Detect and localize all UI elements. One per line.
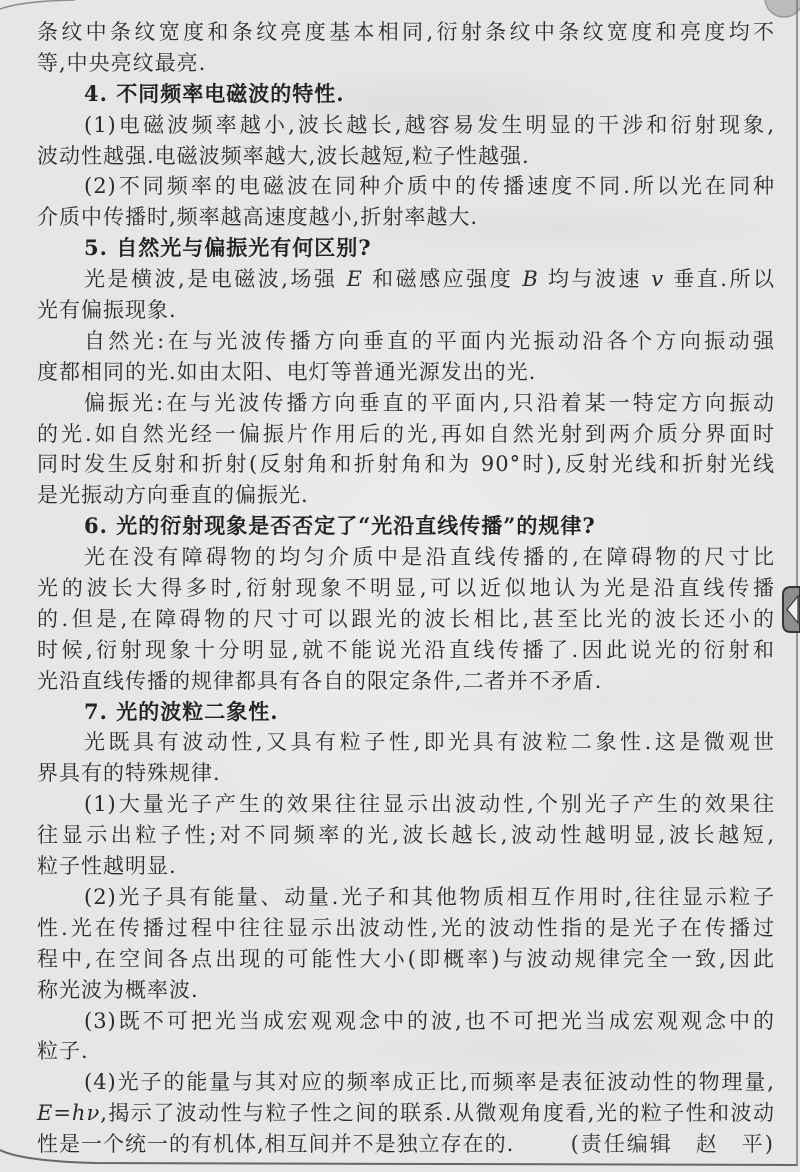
side-tab — [783, 587, 800, 632]
symbol-electric-field: E — [347, 267, 363, 291]
section-7: 7. 光的波粒二象性. 光既具有波动性,又具有粒子性,即光具有波粒二象性.这是微… — [37, 697, 775, 1160]
paragraph-line: 等,中央亮纹最亮. — [37, 48, 775, 79]
section-heading: 5. 自然光与偏振光有何区别? — [37, 233, 775, 264]
paragraph-line: 的.但是,在障碍物的尺寸可以跟光的波长相比,甚至比光的波长还小的 — [37, 604, 775, 635]
text-segment: 光是横波,是电磁波,场强 — [84, 267, 347, 291]
section-heading: 6. 光的衍射现象是否否定了“光沿直线传播”的规律? — [37, 511, 775, 542]
text-segment: 性是一个统一的有机体,相互间并不是独立存在的. — [37, 1129, 514, 1160]
paragraph-line: 粒子. — [37, 1036, 775, 1067]
paragraph-line: 介质中传播时,频率越高速度越小,折射率越大. — [37, 202, 775, 233]
paragraph-line: 粒子性越明显. — [37, 851, 775, 882]
triangle-left-icon — [787, 596, 798, 623]
paragraph: (3)既不可把光当成宏观观念中的波,也不可把光当成宏观观念中的 粒子. — [37, 1006, 775, 1068]
paragraph-line: 光有偏振现象. — [37, 295, 775, 326]
paragraph-line: 光的波长大得多时,衍射现象不明显,可以近似地认为光是沿直线传播 — [37, 573, 775, 604]
paragraph: 偏振光:在与光波传播方向垂直的平面内,只沿着某一特定方向振动 的光.如自然光经一… — [37, 388, 775, 512]
paragraph: (4)光子的能量与其对应的频率成正比,而频率是表征波动性的物理量, E=hν,揭… — [37, 1067, 775, 1160]
paragraph-line: 波动性越强.电磁波频率越大,波长越短,粒子性越强. — [37, 141, 775, 172]
text-segment: 垂直.所以 — [664, 267, 775, 291]
formula-photon-energy: E=hν — [37, 1101, 100, 1125]
page-border-top-curve — [0, 0, 75, 9]
paragraph-line: 光既具有波动性,又具有粒子性,即光具有波粒二象性.这是微观世 — [37, 727, 775, 758]
paragraph-line: 同时发生反射和折射(反射角和折射角和为 90°时),反射光线和折射光线 — [37, 449, 775, 480]
paragraph-line: (1)电磁波频率越小,波长越长,越容易发生明显的干涉和衍射现象, — [37, 110, 775, 141]
paragraph-line: 光在没有障碍物的均匀介质中是沿直线传播的,在障碍物的尺寸比 — [37, 542, 775, 573]
continued-paragraph: 条纹中条纹宽度和条纹亮度基本相同,衍射条纹中条纹宽度和亮度均不 等,中央亮纹最亮… — [37, 17, 775, 79]
paragraph: 光既具有波动性,又具有粒子性,即光具有波粒二象性.这是微观世 界具有的特殊规律. — [37, 727, 775, 789]
paragraph-line: 条纹中条纹宽度和条纹亮度基本相同,衍射条纹中条纹宽度和亮度均不 — [37, 17, 775, 48]
corner-circle-icon — [765, 0, 800, 17]
paragraph-line: (3)既不可把光当成宏观观念中的波,也不可把光当成宏观观念中的 — [37, 1006, 775, 1037]
section-heading: 4. 不同频率电磁波的特性. — [37, 79, 775, 110]
section-heading: 7. 光的波粒二象性. — [37, 697, 775, 728]
symbol-wave-velocity: v — [651, 267, 664, 291]
paragraph: 自然光:在与光波传播方向垂直的平面内光振动沿各个方向振动强 度都相同的光.如由太… — [37, 326, 775, 388]
paragraph-line: 往显示出粒子性;对不同频率的光,波长越长,波动性越明显,波长越短, — [37, 820, 775, 851]
paragraph-line: (4)光子的能量与其对应的频率成正比,而频率是表征波动性的物理量, — [37, 1067, 775, 1098]
paragraph-line: E=hν,揭示了波动性与粒子性之间的联系.从微观角度看,光的粒子性和波动 — [37, 1098, 775, 1129]
paragraph-line: 光沿直线传播的规律都具有各自的限定条件,二者并不矛盾. — [37, 666, 775, 697]
paragraph-line: (2)不同频率的电磁波在同种介质中的传播速度不同.所以光在同种 — [37, 171, 775, 202]
paragraph-line: 自然光:在与光波传播方向垂直的平面内光振动沿各个方向振动强 — [37, 326, 775, 357]
document-page: 条纹中条纹宽度和条纹亮度基本相同,衍射条纹中条纹宽度和亮度均不 等,中央亮纹最亮… — [0, 0, 800, 1172]
paragraph-line: 偏振光:在与光波传播方向垂直的平面内,只沿着某一特定方向振动 — [37, 388, 775, 419]
symbol-magnetic-induction: B — [522, 267, 538, 291]
section-5: 5. 自然光与偏振光有何区别? 光是横波,是电磁波,场强 E 和磁感应强度 B … — [37, 233, 775, 511]
paragraph-line: 光是横波,是电磁波,场强 E 和磁感应强度 B 均与波速 v 垂直.所以 — [37, 264, 775, 295]
paragraph-line: 称光波为概率波. — [37, 975, 775, 1006]
paragraph: 光在没有障碍物的均匀介质中是沿直线传播的,在障碍物的尺寸比 光的波长大得多时,衍… — [37, 542, 775, 696]
paragraph: (1)电磁波频率越小,波长越长,越容易发生明显的干涉和衍射现象, 波动性越强.电… — [37, 110, 775, 172]
paragraph: (2)不同频率的电磁波在同种介质中的传播速度不同.所以光在同种 介质中传播时,频… — [37, 171, 775, 233]
paragraph: (1)大量光子产生的效果往往显示出波动性,个别光子产生的效果往 往显示出粒子性;… — [37, 789, 775, 882]
paragraph-line: (2)光子具有能量、动量.光子和其他物质相互作用时,往往显示粒子 — [37, 882, 775, 913]
text-segment: 均与波速 — [539, 267, 651, 291]
editor-credit: (责任编辑 赵 平) — [571, 1129, 775, 1160]
paragraph-line: 的光.如自然光经一偏振片作用后的光,再如自然光射到两介质分界面时 — [37, 419, 775, 450]
article-body: 条纹中条纹宽度和条纹亮度基本相同,衍射条纹中条纹宽度和亮度均不 等,中央亮纹最亮… — [37, 17, 775, 1160]
paragraph-line: 程中,在空间各点出现的可能性大小(即概率)与波动规律完全一致,因此 — [37, 944, 775, 975]
section-4: 4. 不同频率电磁波的特性. (1)电磁波频率越小,波长越长,越容易发生明显的干… — [37, 79, 775, 233]
paragraph: 光是横波,是电磁波,场强 E 和磁感应强度 B 均与波速 v 垂直.所以 光有偏… — [37, 264, 775, 326]
paragraph-line: 界具有的特殊规律. — [37, 758, 775, 789]
paragraph-line: 度都相同的光.如由太阳、电灯等普通光源发出的光. — [37, 357, 775, 388]
paragraph-line: 时候,衍射现象十分明显,就不能说光沿直线传播了.因此说光的衍射和 — [37, 635, 775, 666]
paragraph-line: (1)大量光子产生的效果往往显示出波动性,个别光子产生的效果往 — [37, 789, 775, 820]
text-segment: ,揭示了波动性与粒子性之间的联系.从微观角度看,光的粒子性和波动 — [100, 1101, 775, 1125]
paragraph-line: 性是一个统一的有机体,相互间并不是独立存在的.(责任编辑 赵 平) — [37, 1129, 775, 1160]
paragraph-line: 是光振动方向垂直的偏振光. — [37, 480, 775, 511]
text-segment: 和磁感应强度 — [363, 267, 522, 291]
section-6: 6. 光的衍射现象是否否定了“光沿直线传播”的规律? 光在没有障碍物的均匀介质中… — [37, 511, 775, 696]
paragraph: (2)光子具有能量、动量.光子和其他物质相互作用时,往往显示粒子 性.光在传播过… — [37, 882, 775, 1006]
paragraph-line: 性.光在传播过程中往往显示出波动性,光的波动性指的是光子在传播过 — [37, 913, 775, 944]
